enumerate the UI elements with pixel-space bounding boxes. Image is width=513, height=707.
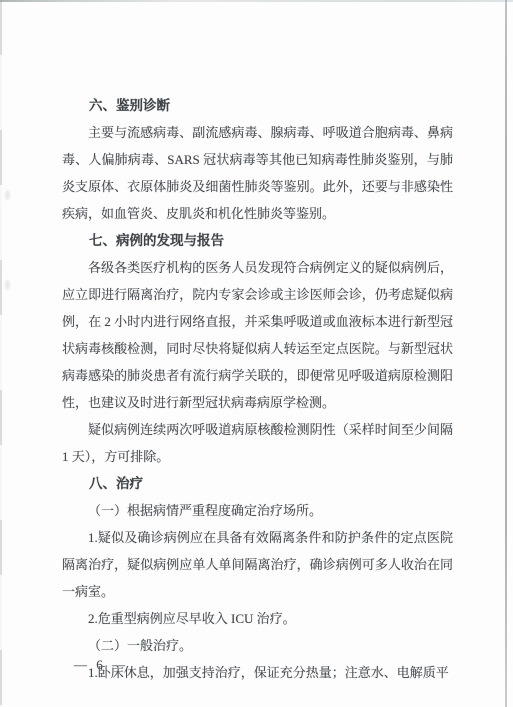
paragraph: 各级各类医疗机构的医务人员发现符合病例定义的疑似病例后，应立即进行隔离治疗，院内… — [62, 254, 453, 416]
section-heading: 七、病例的发现与报告 — [62, 227, 453, 254]
paragraph: 主要与流感病毒、副流感病毒、腺病毒、呼吸道合胞病毒、鼻病毒、人偏肺病毒、SARS… — [62, 119, 453, 227]
scan-smudge — [5, 280, 10, 290]
paragraph: 1.疑似及确诊病例应在具备有效隔离条件和防护条件的定点医院隔离治疗，疑似病例应单… — [62, 524, 453, 605]
scan-smudge — [5, 190, 10, 200]
scan-edge-left — [0, 0, 2, 707]
scan-edge-top — [0, 0, 513, 2]
scan-edge-right — [505, 0, 507, 707]
page-number: — 6 — — [74, 651, 125, 678]
section-differential-diagnosis: 六、鉴别诊断 主要与流感病毒、副流感病毒、腺病毒、呼吸道合胞病毒、鼻病毒、人偏肺… — [62, 92, 453, 227]
document-body: 六、鉴别诊断 主要与流感病毒、副流感病毒、腺病毒、呼吸道合胞病毒、鼻病毒、人偏肺… — [62, 92, 453, 686]
section-heading: 六、鉴别诊断 — [62, 92, 453, 119]
paragraph: 疑似病例连续两次呼吸道病原核酸检测阴性（采样时间至少间隔 1 天），方可排除。 — [62, 416, 453, 470]
section-heading: 八、治疗 — [62, 470, 453, 497]
section-case-detection-reporting: 七、病例的发现与报告 各级各类医疗机构的医务人员发现符合病例定义的疑似病例后，应… — [62, 227, 453, 470]
paragraph: 2.危重型病例应尽早收入 ICU 治疗。 — [62, 605, 453, 632]
document-page: 六、鉴别诊断 主要与流感病毒、副流感病毒、腺病毒、呼吸道合胞病毒、鼻病毒、人偏肺… — [0, 0, 513, 707]
paragraph: （一）根据病情严重程度确定治疗场所。 — [62, 497, 453, 524]
